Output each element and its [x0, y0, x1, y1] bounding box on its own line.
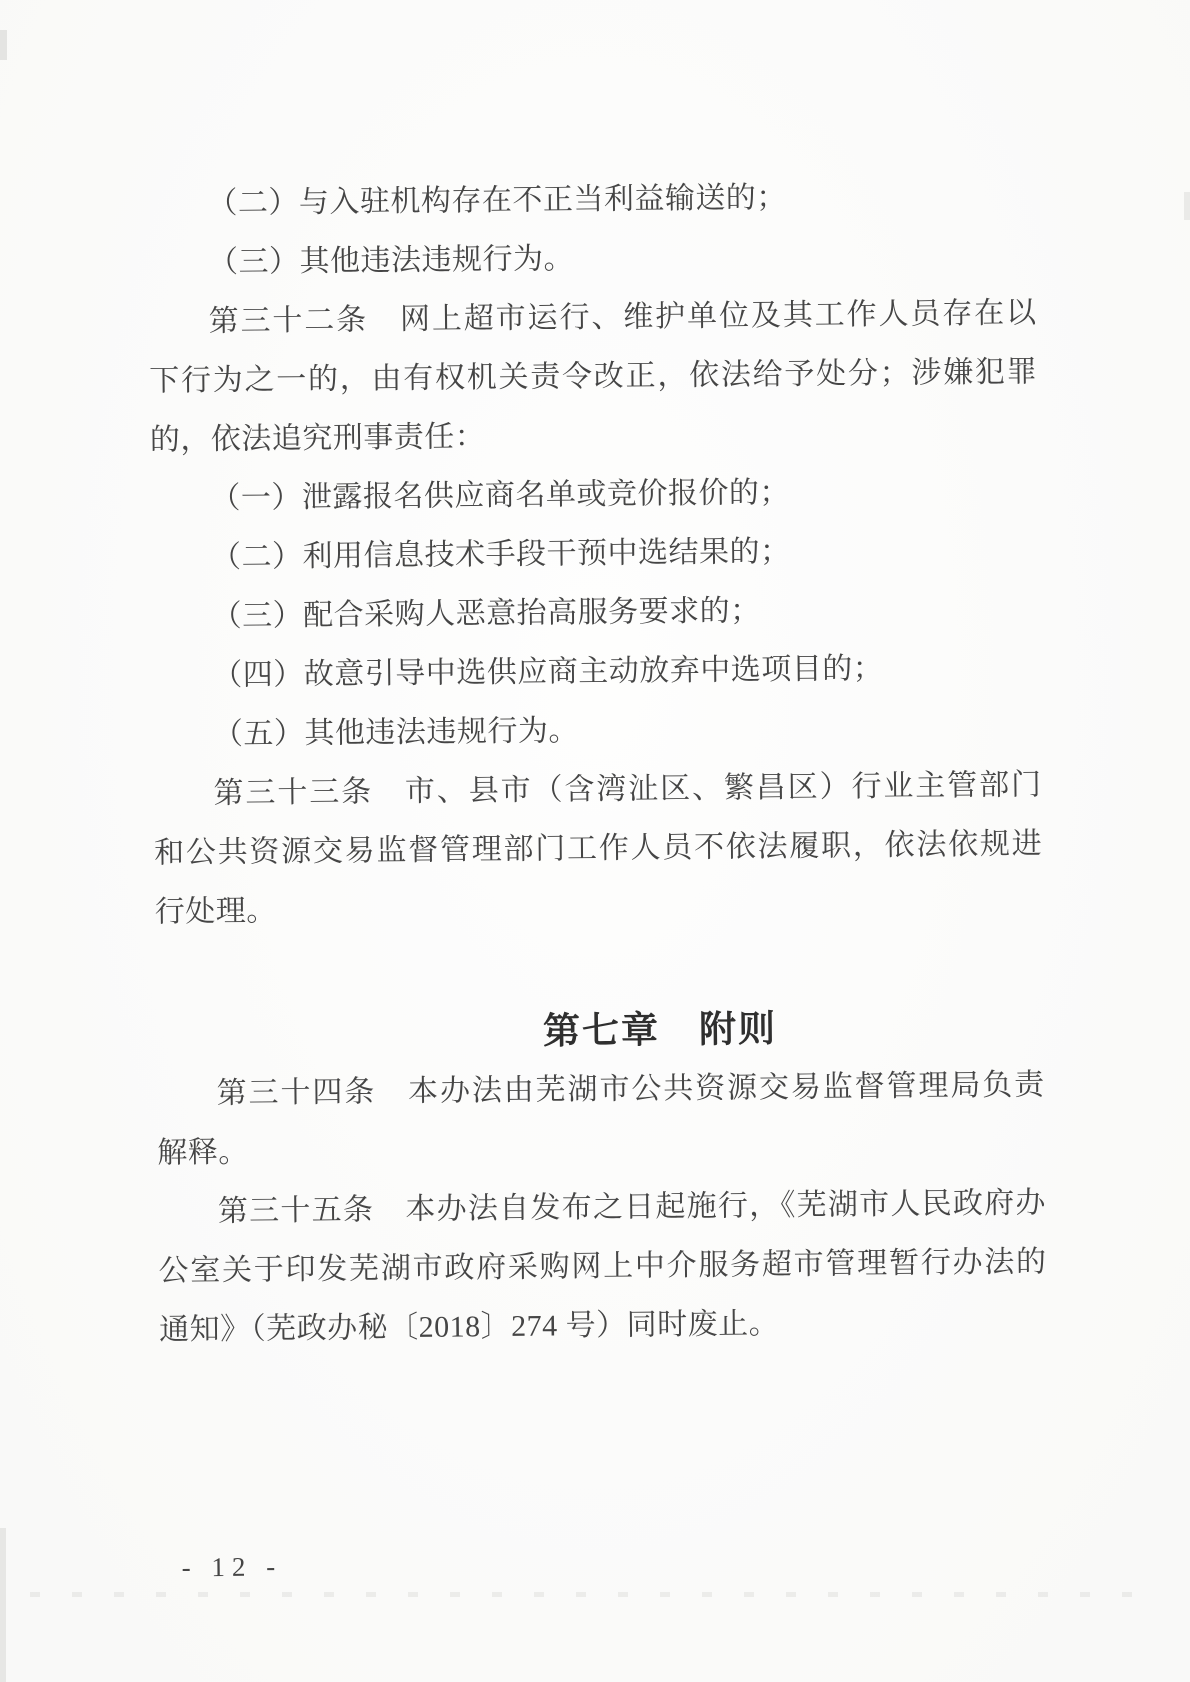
scan-artifact-speck-row — [30, 1592, 1160, 1597]
page-number: - 12 - — [181, 1551, 282, 1583]
text-line: 第三十五条 本办法自发布之日起施行，《芜湖市人民政府办 — [158, 1173, 1047, 1241]
text-line: 和公共资源交易监督管理部门工作人员不依法履职，依法依规进 — [154, 814, 1043, 882]
text-line: （二）利用信息技术手段干预中选结果的； — [151, 519, 1040, 587]
text-line: （五）其他违法违规行为。 — [153, 696, 1042, 764]
text-line: 下行为之一的，由有权机关责令改正，依法给予处分；涉嫌犯罪 — [149, 342, 1038, 410]
chapter-heading: 第七章 附则 — [156, 996, 1045, 1064]
text-line: （二）与入驻机构存在不正当利益输送的； — [147, 165, 1036, 233]
text-line: 第三十四条 本办法由芜湖市公共资源交易监督管理局负责 — [156, 1055, 1045, 1123]
scan-artifact-right-edge — [1184, 192, 1190, 220]
text-line: 第三十三条 市、县市（含湾沚区、繁昌区）行业主管部门 — [153, 755, 1042, 823]
text-line: （一）泄露报名供应商名单或竞价报价的； — [150, 460, 1039, 528]
scan-artifact-top-left — [0, 30, 7, 60]
text-line: 解释。 — [157, 1114, 1046, 1182]
scan-artifact-left-edge — [0, 1528, 6, 1682]
document-body: （二）与入驻机构存在不正当利益输送的；（三）其他违法违规行为。第三十二条 网上超… — [147, 165, 1047, 1359]
text-line: 的，依法追究刑事责任： — [150, 401, 1039, 469]
scanned-document-page: （二）与入驻机构存在不正当利益输送的；（三）其他违法违规行为。第三十二条 网上超… — [0, 0, 1190, 1682]
text-line: 行处理。 — [154, 873, 1043, 941]
text-line: 公室关于印发芜湖市政府采购网上中介服务超市管理暂行办法的 — [158, 1232, 1047, 1300]
text-line: （三）其他违法违规行为。 — [148, 224, 1037, 292]
text-line: 通知》（芜政办秘〔2018〕274 号）同时废止。 — [159, 1291, 1048, 1359]
text-line: （四）故意引导中选供应商主动放弃中选项目的； — [152, 637, 1041, 705]
text-line: （三）配合采购人恶意抬高服务要求的； — [151, 578, 1040, 646]
text-line: 第三十二条 网上超市运行、维护单位及其工作人员存在以 — [148, 283, 1037, 351]
